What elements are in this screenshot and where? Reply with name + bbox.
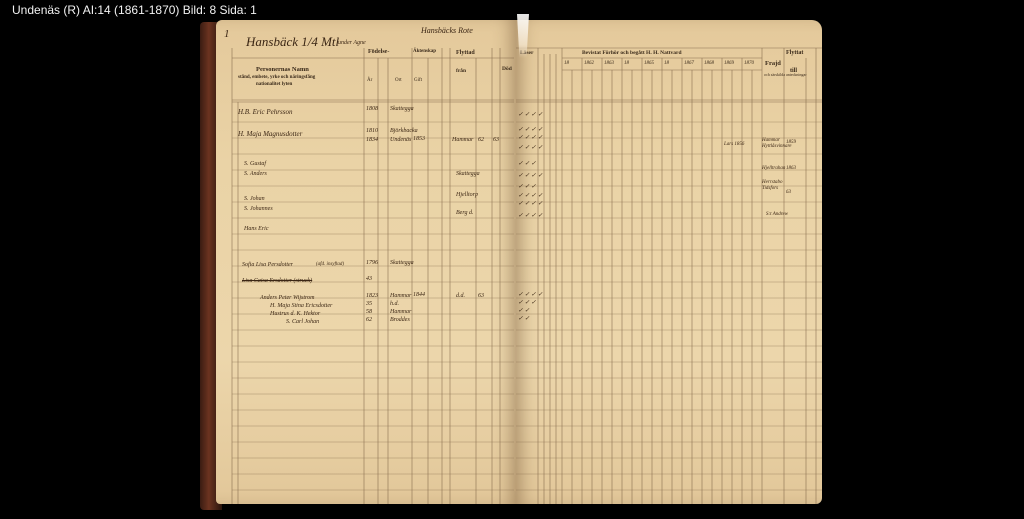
header-year: 1863 — [604, 61, 614, 66]
header-birth-place: Ort — [395, 78, 402, 83]
entry-moved-from: Berg d. — [456, 210, 473, 216]
entry-name: Hustrus d. K. Hektor — [270, 311, 320, 317]
entry-name: Lisa Caisa Ersdotter (struck) — [242, 278, 312, 284]
moved-to: S:t Andrew — [766, 212, 788, 217]
entry-moved-from: Skattegga — [456, 171, 480, 177]
place-note: under Agne — [338, 40, 366, 46]
header-names: Personernas Namn — [256, 66, 309, 73]
header-year: 1865 — [644, 61, 654, 66]
moved-year: 1863 — [786, 166, 796, 171]
header-year: 18 — [664, 61, 669, 66]
place-heading: Hansbäck 1/4 Mtl — [246, 34, 339, 50]
moved-year: 1859 — [786, 140, 796, 145]
moved-to: Hjelltrahan — [762, 166, 785, 171]
header-birth: Födelse- — [368, 49, 389, 55]
entry-marriage: 1853 — [413, 136, 425, 142]
entry-moved-year: 62 — [478, 137, 484, 143]
entry-place: Skattegga — [390, 260, 414, 266]
moved-to: Herrstabo Tidsfors — [762, 180, 786, 192]
reading-marks: ✓ ✓ ✓ — [518, 299, 536, 306]
entry-name: H. Maja Stina Ericsdotter — [270, 303, 332, 309]
header-moved: Flyttad — [456, 50, 475, 56]
reading-marks: ✓ ✓ ✓ ✓ — [518, 192, 543, 199]
header-year: 1868 — [704, 61, 714, 66]
entry-name: Anders Peter Wijstrom — [260, 295, 314, 301]
entry-year: 1808 — [366, 106, 378, 112]
entry-marriage: 1844 — [413, 292, 425, 298]
entry-moved-year: 63 — [478, 293, 484, 299]
header-moved-to: till — [790, 68, 797, 74]
entry-place: Hammar — [390, 293, 411, 299]
header-moved-from: från — [456, 68, 466, 74]
entry-place: Undenäs — [390, 137, 411, 143]
entry-year: 1810 — [366, 128, 378, 134]
entry-name: Sofia Lisa Persdotter — [242, 262, 293, 268]
reading-marks: ✓ ✓ ✓ ✓ — [518, 200, 543, 207]
left-page: 1 Hansbäck 1/4 Mtl under Agne Hansbäcks … — [216, 20, 516, 504]
header-year: 18 — [624, 61, 629, 66]
reading-marks: ✓ ✓ ✓ ✓ — [518, 212, 543, 219]
register-book: 1 Hansbäck 1/4 Mtl under Agne Hansbäcks … — [200, 14, 840, 514]
entry-name: Hans Eric — [244, 226, 269, 232]
reading-marks: ✓ ✓ ✓ — [518, 160, 536, 167]
reading-marks: ✓ ✓ ✓ ✓ — [518, 144, 543, 151]
image-title: Undenäs (R) AI:14 (1861-1870) Bild: 8 Si… — [12, 3, 257, 17]
image-viewer: Undenäs (R) AI:14 (1861-1870) Bild: 8 Si… — [0, 0, 1024, 519]
header-moved: Flyttat — [786, 50, 803, 56]
reading-marks: ✓ ✓ ✓ ✓ — [518, 134, 543, 141]
right-page: Läser Bevistat Förhör och begått H. H. N… — [516, 20, 822, 504]
header-died: Död — [502, 66, 512, 72]
entry-name: H. Maja Magnusdotter — [238, 130, 302, 138]
entry-year: 1834 — [366, 137, 378, 143]
header-year: 1870 — [744, 61, 754, 66]
entry-name: H.B. Eric Pehrsson — [238, 108, 292, 116]
entry-moved-from: Hammar — [452, 137, 473, 143]
header-conduct-sub: och särskilda anteckningar — [764, 72, 807, 77]
page-number: 1 — [224, 28, 230, 40]
entry-year: 43 — [366, 276, 372, 282]
entry-name: S. Johan — [244, 196, 265, 202]
entry-place: Broddes — [390, 317, 410, 323]
entry-moved-from: Hjelltorp — [456, 192, 478, 198]
reading-marks: ✓ ✓ ✓ ✓ — [518, 111, 543, 118]
entry-year: 58 — [366, 309, 372, 315]
header-year: 1862 — [584, 61, 594, 66]
header-birth-year: År — [367, 78, 372, 83]
header-marriage: Äktenskap — [413, 49, 436, 54]
entry-place: Hammar — [390, 309, 411, 315]
reading-marks: ✓ ✓ ✓ ✓ — [518, 172, 543, 179]
entry-note: (afd. insyftad) — [316, 262, 344, 267]
moved-to: Hammar Hyttlåsvinnare — [762, 138, 786, 150]
header-names-sub: stånd, embete, yrke och näringsfång — [238, 75, 315, 80]
header-attendance: Bevistat Förhör och begått H. H. Nattvar… — [582, 50, 682, 56]
entry-name: S. Anders — [244, 171, 267, 177]
header-year: 18 — [564, 61, 569, 66]
entry-name: S. Carl Johan — [286, 319, 319, 325]
reading-marks: ✓ ✓ ✓ — [518, 183, 536, 190]
header-year: 1867 — [684, 61, 694, 66]
entry-year: 1823 — [366, 293, 378, 299]
header-married: Gift — [414, 78, 422, 83]
header-names-sub2: nationalitet lyten — [256, 82, 292, 87]
rote-note: Hansbäcks Rote — [421, 26, 473, 35]
entry-year: 35 — [366, 301, 372, 307]
reading-marks: ✓ ✓ — [518, 307, 530, 314]
entry-name: S. Johannes — [244, 206, 273, 212]
entry-place: h.d. — [390, 301, 399, 307]
entry-place: Björkbacka — [390, 128, 418, 134]
entry-place: Skattegga — [390, 106, 414, 112]
entry-name: S. Gustaf — [244, 161, 266, 167]
entry-year: 1796 — [366, 260, 378, 266]
reading-marks: ✓ ✓ ✓ ✓ — [518, 126, 543, 133]
conduct-note: Lars 1856 — [724, 142, 744, 147]
entry-moved-from: d.d. — [456, 293, 465, 299]
header-year: 1869 — [724, 61, 734, 66]
right-page-grid — [516, 20, 822, 504]
reading-marks: ✓ ✓ ✓ ✓ — [518, 291, 543, 298]
moved-year: 63 — [786, 190, 791, 195]
entry-year: 62 — [366, 317, 372, 323]
reading-marks: ✓ ✓ — [518, 315, 530, 322]
entry-moved-day: 63 — [493, 137, 499, 143]
header-conduct: Frajd — [765, 60, 781, 67]
